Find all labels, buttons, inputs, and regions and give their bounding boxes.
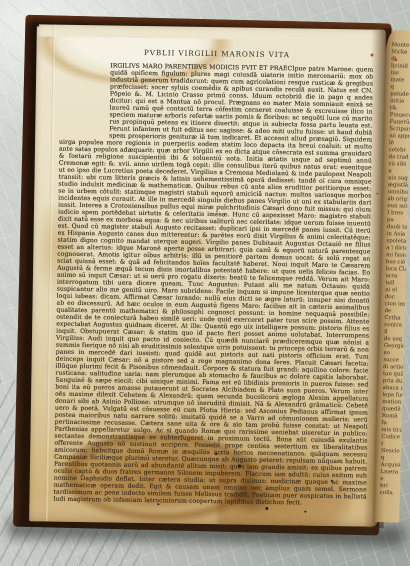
text-column: PVBLII VIRGILII MARONIS VITA IRGILIVS MA… (53, 47, 373, 508)
ink-speck (304, 511, 306, 513)
ink-speck (157, 503, 159, 505)
ink-speck (238, 465, 241, 468)
red-ink-speck (394, 58, 397, 61)
book-page: PVBLII VIRGILII MARONIS VITA IRGILIVS MA… (29, 24, 386, 526)
ink-speck (215, 453, 217, 455)
photograph-of-incunabulum: PVBLII VIRGILII MARONIS VITA IRGILIVS MA… (0, 0, 410, 566)
page-title: PVBLII VIRGILII MARONIS VITA (60, 47, 373, 61)
ink-speck (331, 480, 333, 482)
initial-letter-space (59, 62, 110, 140)
ink-speck (265, 507, 268, 510)
ink-speck (37, 24, 39, 26)
page-body: IRGILIVS MARO PARENTIBVS MODICIS FVIT ET… (53, 62, 373, 508)
